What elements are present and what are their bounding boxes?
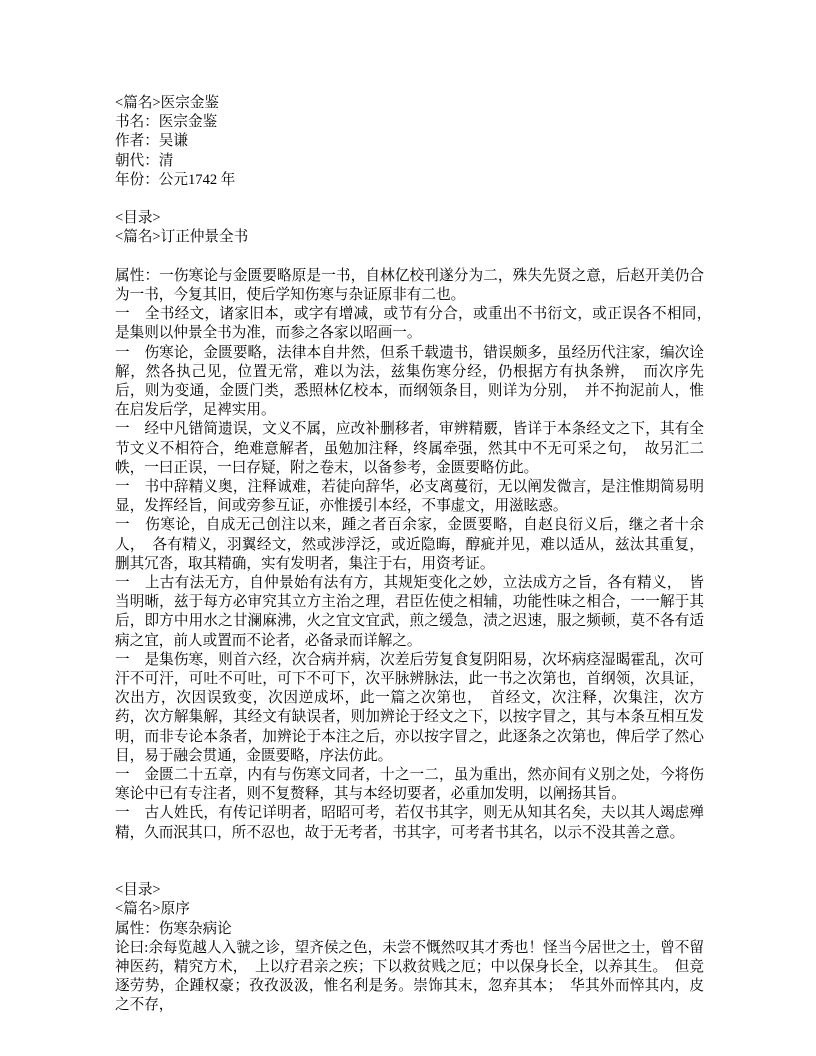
section-dingzheng-zhongjing-quanshu: <目录> <篇名>订正仲景全书 属性：一伤寒论与金匮要略原是一书，自林亿校刊遂分… [115, 209, 704, 843]
paragraph: 一 书中辞精义奥，注释诚难，若徒向辞华，必支离蔓衍，无以阐发微言，是注惟期简易明… [115, 478, 704, 516]
toc-tag: <目录> [115, 209, 704, 228]
section-yuanxu: <目录> <篇名>原序 属性：伤寒杂病论 论曰:余每览越人入虢之诊，望齐侯之色，… [115, 881, 704, 1015]
paragraph: 一 古人姓氏，有传记详明者，昭昭可考，若仅书其字，则无从知其名矣，夫以其人竭虑殚… [115, 804, 704, 842]
section-title-tag: <篇名>原序 [115, 900, 704, 919]
section-title-tag: <篇名>订正仲景全书 [115, 228, 704, 247]
document-page: <篇名>医宗金鉴 书名：医宗金鉴 作者：吴谦 朝代：清 年份：公元1742 年 … [0, 0, 816, 1056]
blank-line [115, 843, 704, 862]
paragraph: 一 金匮二十五章，内有与伤寒文同者，十之一二，虽为重出，然亦间有义别之处，今将伤… [115, 766, 704, 804]
header-section-tag: <篇名>医宗金鉴 [115, 94, 704, 113]
header-author: 作者：吴谦 [115, 132, 704, 151]
paragraph: 一 全书经文，诸家旧本，或字有增减，或节有分合，或重出不书衍文，或正误各不相同，… [115, 305, 704, 343]
header-block: <篇名>医宗金鉴 书名：医宗金鉴 作者：吴谦 朝代：清 年份：公元1742 年 [115, 94, 704, 190]
paragraph-list: 属性：一伤寒论与金匮要略原是一书，自林亿校刊遂分为二，殊失先贤之意，后赵开美仍合… [115, 267, 704, 843]
paragraph: 论曰:余每览越人入虢之诊，望齐侯之色，未尝不慨然叹其才秀也！怪当今居世之士，曾不… [115, 939, 704, 1016]
header-book-name: 书名：医宗金鉴 [115, 113, 704, 132]
paragraph: 一 是集伤寒，则首六经，次合病并病，次差后劳复食复阴阳易，次坏病痉湿暍霍乱，次可… [115, 651, 704, 766]
header-year: 年份：公元1742 年 [115, 171, 704, 190]
paragraph: 属性：一伤寒论与金匮要略原是一书，自林亿校刊遂分为二，殊失先贤之意，后赵开美仍合… [115, 267, 704, 305]
paragraph-list: 论曰:余每览越人入虢之诊，望齐侯之色，未尝不慨然叹其才秀也！怪当今居世之士，曾不… [115, 939, 704, 1016]
paragraph: 一 伤寒论，金匮要略，法律本自井然，但系千载遗书，错误颇多，虽经历代注家，编次诠… [115, 344, 704, 421]
header-dynasty: 朝代：清 [115, 152, 704, 171]
attribute-line: 属性：伤寒杂病论 [115, 920, 704, 939]
paragraph: 一 经中凡错简遗误，文义不属，应改补删移者，审辨精覈，皆详于本条经文之下，其有全… [115, 420, 704, 478]
blank-line [115, 190, 704, 209]
toc-tag: <目录> [115, 881, 704, 900]
blank-line [115, 862, 704, 881]
paragraph: 一 上古有法无方，自仲景始有法有方，其规矩变化之妙，立法成方之旨，各有精义， 皆… [115, 574, 704, 651]
paragraph: 一 伤寒论，自成无己创注以来，踵之者百余家，金匮要略，自赵良衍义后，继之者十余人… [115, 516, 704, 574]
blank-line [115, 248, 704, 267]
